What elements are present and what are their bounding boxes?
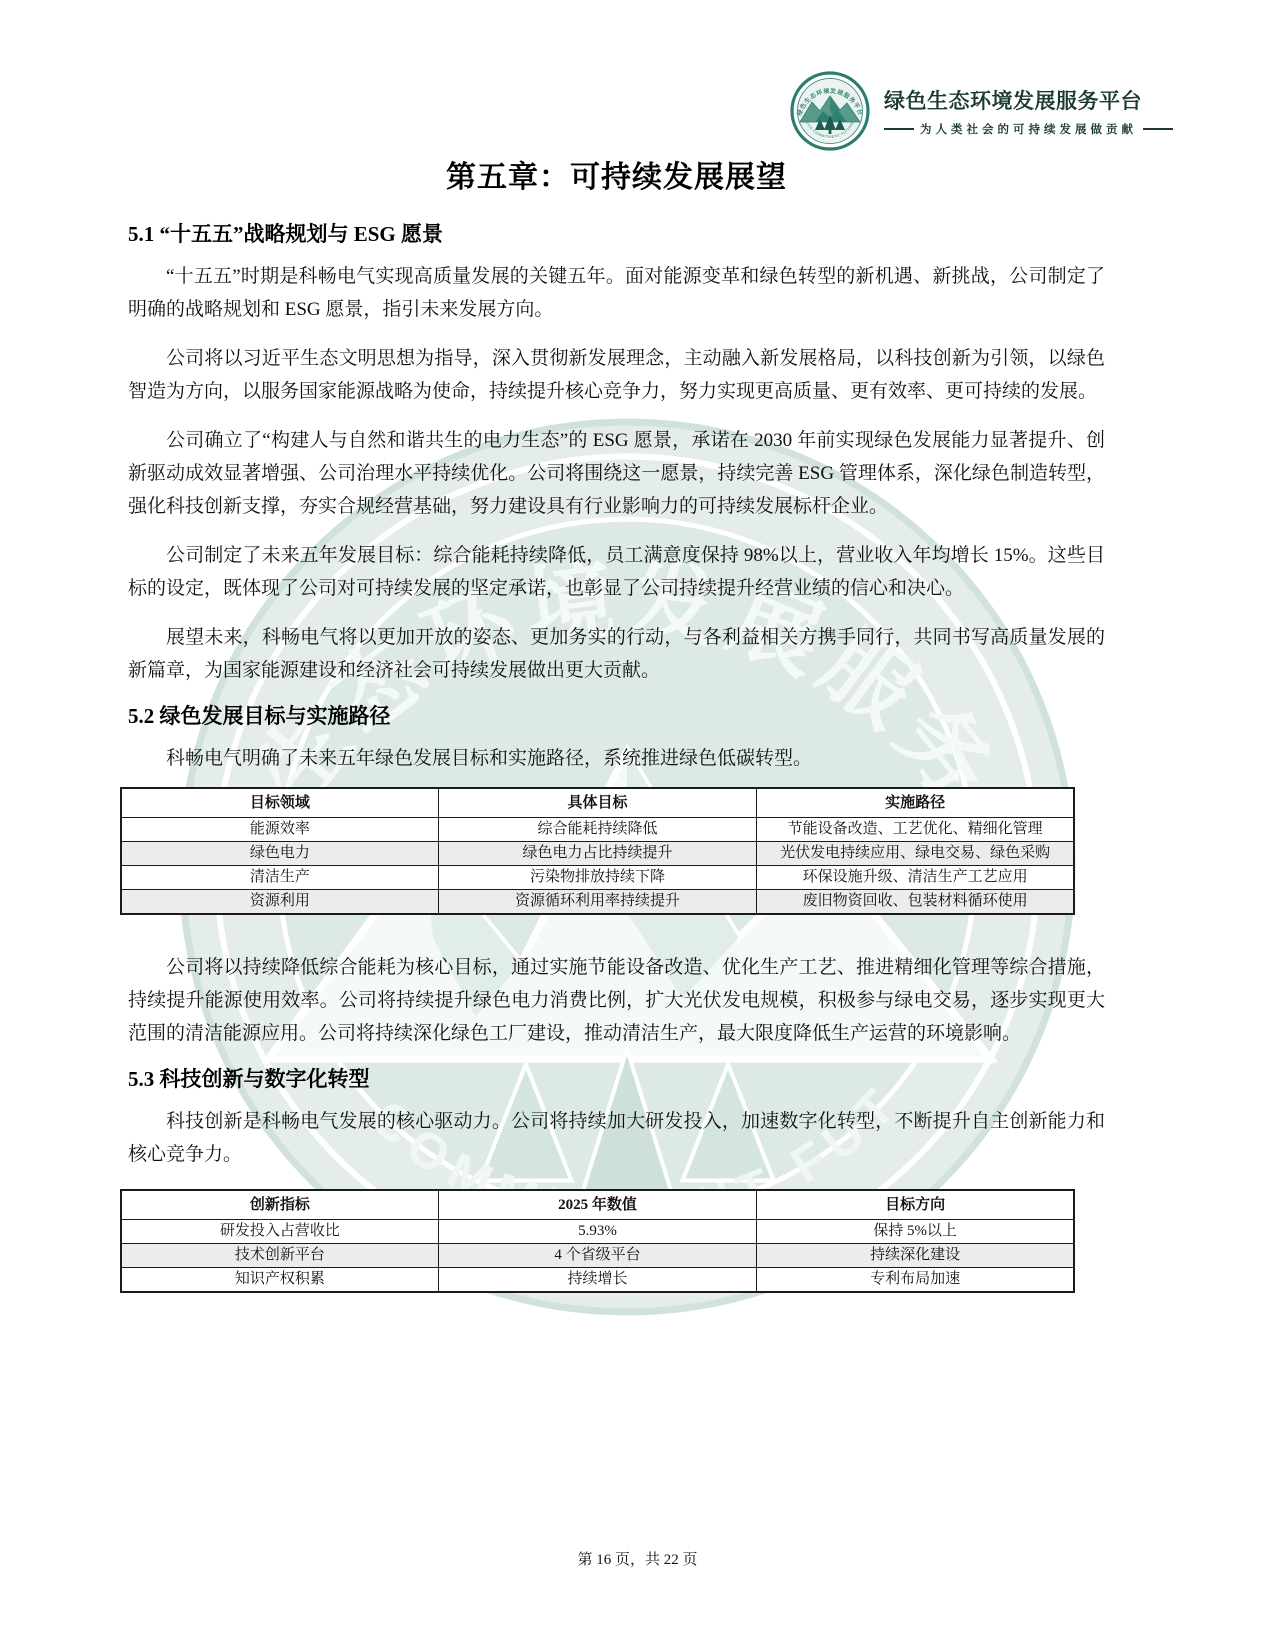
document-page: 绿色生态环境发展服务平台 ECO COMMITMENT FUTURE 绿色生态环… [0,0,1275,1650]
brand-header: 绿色生态环境发展服务平台 ECO COMMITMENT FUTURE 绿色生态环… [790,70,1173,152]
table-header-row: 创新指标 2025 年数值 目标方向 [121,1190,1074,1220]
table-row: 清洁生产 污染物排放持续下降 环保设施升级、清洁生产工艺应用 [121,866,1074,890]
brand-logo-icon: 绿色生态环境发展服务平台 ECO COMMITMENT FUTURE [790,70,870,152]
green-goals-table: 目标领域 具体目标 实施路径 能源效率 综合能耗持续降低 节能设备改造、工艺优化… [120,787,1075,915]
table-row: 资源利用 资源循环利用率持续提升 废旧物资回收、包装材料循环使用 [121,890,1074,915]
table-cell: 环保设施升级、清洁生产工艺应用 [757,866,1074,890]
table-header-cell: 目标领域 [121,788,438,818]
table-cell: 绿色电力 [121,842,438,866]
table-row: 技术创新平台 4 个省级平台 持续深化建设 [121,1244,1074,1268]
section-5-3-intro: 科技创新是科畅电气发展的核心驱动力。公司将持续加大研发投入，加速数字化转型，不断… [128,1105,1105,1171]
paragraph-5-2-body: 公司将以持续降低综合能耗为核心目标，通过实施节能设备改造、优化生产工艺、推进精细… [128,951,1105,1050]
tagline-dash-left [884,128,914,130]
table-row: 绿色电力 绿色电力占比持续提升 光伏发电持续应用、绿电交易、绿色采购 [121,842,1074,866]
table-header-cell: 2025 年数值 [438,1190,756,1220]
table-cell: 光伏发电持续应用、绿电交易、绿色采购 [757,842,1074,866]
table-cell: 绿色电力占比持续提升 [438,842,756,866]
table-cell: 研发投入占营收比 [121,1220,438,1244]
section-5-2-intro: 科畅电气明确了未来五年绿色发展目标和实施路径，系统推进绿色低碳转型。 [128,742,1105,775]
table-cell: 资源循环利用率持续提升 [438,890,756,915]
brand-text-block: 绿色生态环境发展服务平台 为人类社会的可持续发展做贡献 [884,85,1173,137]
table-row: 能源效率 综合能耗持续降低 节能设备改造、工艺优化、精细化管理 [121,818,1074,842]
section-5-2-heading: 5.2 绿色发展目标与实施路径 [128,703,1105,730]
paragraph-5-1-5: 展望未来，科畅电气将以更加开放的姿态、更加务实的行动，与各利益相关方携手同行，共… [128,621,1105,687]
table-cell: 技术创新平台 [121,1244,438,1268]
table-cell: 资源利用 [121,890,438,915]
page-footer: 第 16 页，共 22 页 [0,1548,1275,1569]
paragraph-5-1-2: 公司将以习近平生态文明思想为指导，深入贯彻新发展理念，主动融入新发展格局，以科技… [128,342,1105,408]
table-cell: 保持 5%以上 [757,1220,1074,1244]
section-5-3-heading: 5.3 科技创新与数字化转型 [128,1066,1105,1093]
innovation-metrics-table: 创新指标 2025 年数值 目标方向 研发投入占营收比 5.93% 保持 5%以… [120,1189,1075,1293]
table-cell: 污染物排放持续下降 [438,866,756,890]
table-header-row: 目标领域 具体目标 实施路径 [121,788,1074,818]
table-header-cell: 目标方向 [757,1190,1074,1220]
paragraph-5-1-1: “十五五”时期是科畅电气实现高质量发展的关键五年。面对能源变革和绿色转型的新机遇… [128,260,1105,326]
table-cell: 持续增长 [438,1268,756,1293]
table-header-cell: 实施路径 [757,788,1074,818]
table-cell: 持续深化建设 [757,1244,1074,1268]
table-cell: 综合能耗持续降低 [438,818,756,842]
paragraph-5-1-4: 公司制定了未来五年发展目标：综合能耗持续降低，员工满意度保持 98%以上，营业收… [128,539,1105,605]
page-title: 第五章：可持续发展展望 [128,158,1105,197]
brand-title: 绿色生态环境发展服务平台 [884,85,1173,115]
table-row: 研发投入占营收比 5.93% 保持 5%以上 [121,1220,1074,1244]
table-cell: 5.93% [438,1220,756,1244]
section-5-1-heading: 5.1 “十五五”战略规划与 ESG 愿景 [128,221,1105,248]
brand-tagline: 为人类社会的可持续发展做贡献 [884,121,1173,137]
table-header-cell: 创新指标 [121,1190,438,1220]
table-cell: 废旧物资回收、包装材料循环使用 [757,890,1074,915]
table-cell: 专利布局加速 [757,1268,1074,1293]
tagline-dash-right [1143,128,1173,130]
brand-tagline-text: 为人类社会的可持续发展做贡献 [920,121,1137,137]
table-cell: 知识产权积累 [121,1268,438,1293]
table-cell: 能源效率 [121,818,438,842]
table-cell: 清洁生产 [121,866,438,890]
paragraph-5-1-3: 公司确立了“构建人与自然和谐共生的电力生态”的 ESG 愿景，承诺在 2030 … [128,424,1105,523]
table-cell: 节能设备改造、工艺优化、精细化管理 [757,818,1074,842]
table-header-cell: 具体目标 [438,788,756,818]
table-cell: 4 个省级平台 [438,1244,756,1268]
document-content: 第五章：可持续发展展望 5.1 “十五五”战略规划与 ESG 愿景 “十五五”时… [128,158,1105,1293]
table-row: 知识产权积累 持续增长 专利布局加速 [121,1268,1074,1293]
